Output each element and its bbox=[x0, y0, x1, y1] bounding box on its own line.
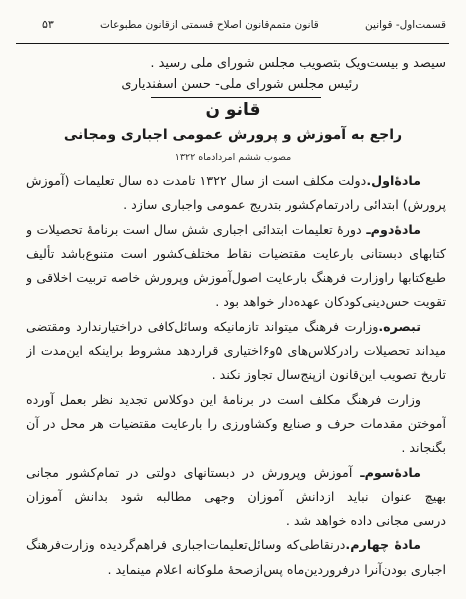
article-line: طبع‌کتابها راوزارت فرهنگ بارعایت اصول‌آم… bbox=[26, 266, 446, 290]
article-lead: مادۀسوم‌ـ bbox=[352, 465, 421, 480]
article-line: آموختن مقدمات حرف و صنایع وکشاورزی را با… bbox=[26, 412, 446, 436]
article-lead: مادۀدوم‌ـ bbox=[362, 222, 421, 237]
article-line: بگنجاند . bbox=[26, 436, 446, 460]
article-lead: تبصره. bbox=[378, 319, 421, 334]
header-page-number: ۵۳ bbox=[20, 18, 54, 31]
article-line: تاریخ تصویب این‌قانون ازپنج‌سال تجاوز نک… bbox=[26, 363, 446, 387]
article-line: پرورش) ابتدائی رادرتمام‌کشور بتدریج عموم… bbox=[26, 193, 446, 217]
gazette-page: قسمت‌اول- قوانین قانون متمم‌قانون اصلاح … bbox=[0, 0, 466, 599]
article-lead: مادۀ چهارم. bbox=[345, 537, 421, 552]
signature-line: رئیس مجلس شورای ملی- حسن اسفندیاری bbox=[14, 77, 466, 92]
article-lead: مادۀاول. bbox=[366, 173, 421, 188]
signature-divider-rule bbox=[151, 97, 321, 98]
law-title: قانو ن bbox=[0, 100, 466, 120]
article-line: مادۀسوم‌ـ آموزش وپرورش در دبستانهای دولت… bbox=[26, 461, 446, 485]
article-line: درسی مجانی داده خواهد شد . bbox=[26, 509, 446, 533]
article-line: اجباری بودن‌آنرا درفروردین‌ماه پس‌ازصحۀ … bbox=[26, 558, 446, 582]
header-running-title: قانون متمم‌قانون اصلاح قسمتی ازقانون مطب… bbox=[100, 19, 319, 31]
article-line: مادۀ چهارم.درنقاطی‌که وسائل‌تعلیمات‌اجبا… bbox=[26, 533, 446, 557]
article-line: میداند تحصیلات رادرکلاس‌های ۵و۶اختیاری ق… bbox=[26, 339, 446, 363]
header-divider-rule bbox=[16, 43, 449, 44]
law-subtitle: راجع به آموزش و پرورش عمومی اجباری ومجان… bbox=[0, 127, 466, 143]
page-header: قسمت‌اول- قوانین قانون متمم‌قانون اصلاح … bbox=[20, 18, 446, 31]
articles-section: مادۀاول.دولت مکلف است از سال ۱۳۲۲ تامدت … bbox=[26, 169, 446, 582]
article-line: تبصره.وزارت فرهنگ میتواند تازمانیکه وسائ… bbox=[26, 315, 446, 339]
law-approval-note: مصوب ششم امردادماه ۱۳۲۲ bbox=[0, 152, 466, 163]
header-section-label: قسمت‌اول- قوانین bbox=[365, 19, 446, 31]
preamble-closing-line: سیصد و بیست‌ویک بتصویب مجلس شورای ملی رس… bbox=[20, 53, 446, 75]
article-line: تقویت حس‌دینی‌کودکان عهده‌دار خواهد بود … bbox=[26, 290, 446, 314]
article-line: بهیچ عنوان نباید ازدانش آموزان وجهی مطال… bbox=[26, 485, 446, 509]
article-line: مادۀاول.دولت مکلف است از سال ۱۳۲۲ تامدت … bbox=[26, 169, 446, 193]
article-line: وزارت فرهنگ مکلف است در برنامۀ این دوکلا… bbox=[26, 388, 446, 412]
article-line: کتابهای دبستانی بارعایت مقتضیات نقاط مخت… bbox=[26, 242, 446, 266]
article-line: مادۀدوم‌ـ دورۀ تعلیمات ابتدائی اجباری شش… bbox=[26, 218, 446, 242]
